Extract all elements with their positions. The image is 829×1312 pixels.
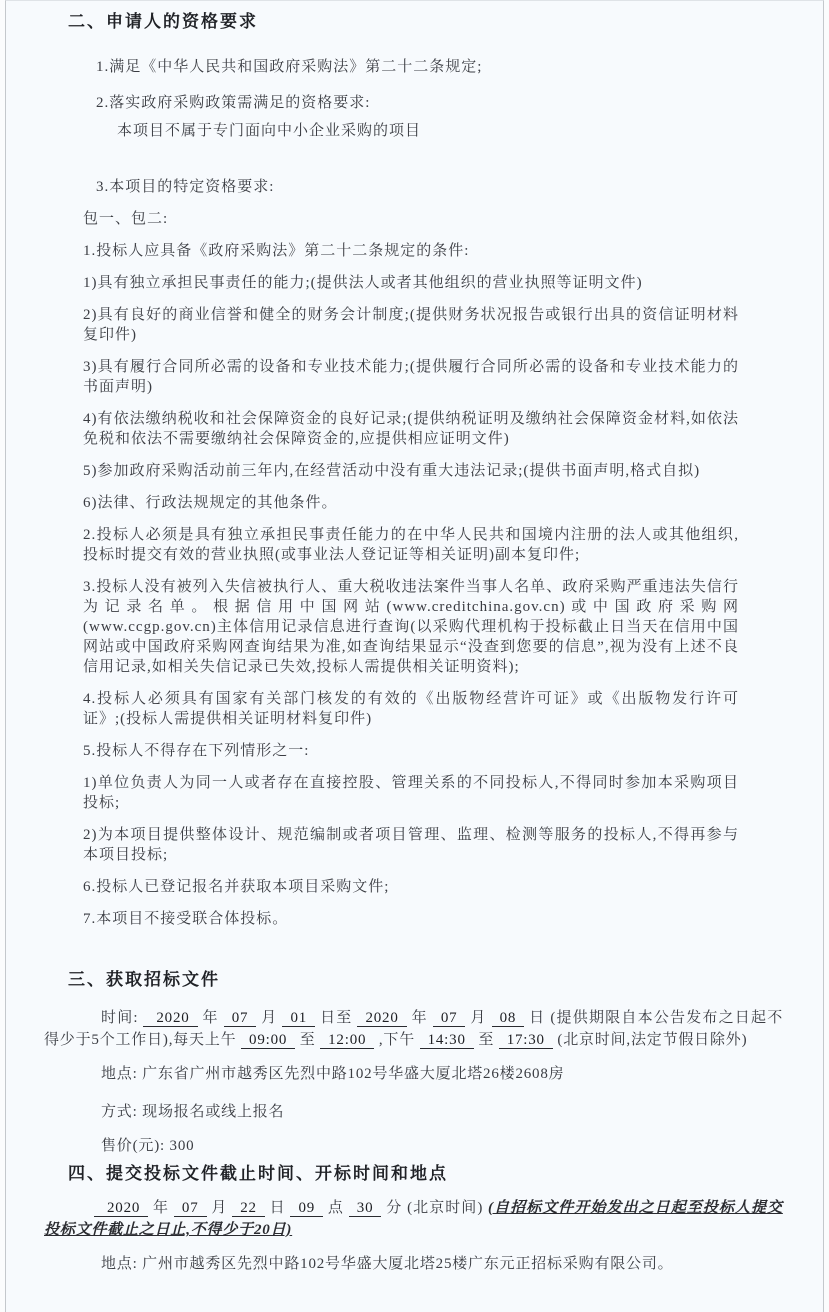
s2-require-7: 7.本项目不接受联合体投标。 <box>83 909 739 929</box>
s2-condition-6: 6)法律、行政法规规定的其他条件。 <box>83 493 739 513</box>
opening-location-line: 地点: 广州市越秀区先烈中路102号华盛大厦北塔25楼广东元正招标采购有限公司。 <box>44 1253 783 1275</box>
s2-item-2: 2.落实政府采购政策需满足的资格要求: <box>83 93 739 113</box>
timezone-note: (北京时间,法定节假日除外) <box>557 1032 747 1048</box>
deadline-day-value: 22 <box>232 1200 265 1217</box>
price-label: 售价(元): <box>101 1138 165 1154</box>
end-month-value: 07 <box>433 1010 466 1027</box>
to-unit: 日至 <box>320 1010 352 1026</box>
time-label: 时间: <box>101 1010 138 1026</box>
section-2-heading: 二、申请人的资格要求 <box>68 11 783 33</box>
bid-deadline-line: 2020 年 07 月 22 日 09 点 30 分 (北京时间) (自招标文件… <box>44 1197 783 1241</box>
price-line: 售价(元): 300 <box>44 1135 783 1157</box>
method-label: 方式: <box>101 1104 138 1120</box>
year-unit: 年 <box>203 1010 219 1026</box>
section-4-heading: 四、提交投标文件截止时间、开标时间和地点 <box>68 1163 783 1185</box>
method-value: 现场报名或线上报名 <box>142 1104 284 1120</box>
opening-location-label: 地点: <box>101 1256 138 1272</box>
pm-from-value: 14:30 <box>420 1032 474 1049</box>
s2-condition-intro: 1.投标人应具备《政府采购法》第二十二条规定的条件: <box>83 241 739 261</box>
s2-item-3: 3.本项目的特定资格要求: <box>83 177 739 197</box>
s2-packages-line: 包一、包二: <box>83 209 739 229</box>
deadline-timezone: (北京时间) <box>407 1200 483 1216</box>
deadline-day-unit: 日 <box>270 1200 286 1216</box>
s2-require-3: 3.投标人没有被列入失信被执行人、重大税收违法案件当事人名单、政府采购严重违法失… <box>83 577 739 677</box>
s2-item-2-note: 本项目不属于专门面向中小企业采购的项目 <box>83 121 739 141</box>
to-text-2: 至 <box>478 1032 494 1048</box>
start-day-value: 01 <box>282 1010 315 1027</box>
month-unit-2: 月 <box>470 1010 486 1026</box>
s2-condition-4: 4)有依法缴纳税收和社会保障资金的良好记录;(提供纳税证明及缴纳社会保障资金材料… <box>83 409 739 449</box>
location-label: 地点: <box>101 1066 138 1082</box>
year-unit-2: 年 <box>412 1010 428 1026</box>
s2-condition-3: 3)具有履行合同所必需的设备和专业技术能力;(提供履行合同所必需的设备和专业技术… <box>83 357 739 397</box>
s2-condition-2: 2)具有良好的商业信誉和健全的财务会计制度;(提供财务状况报告或银行出具的资信证… <box>83 305 739 345</box>
section-4-body: 2020 年 07 月 22 日 09 点 30 分 (北京时间) (自招标文件… <box>44 1197 783 1275</box>
section-2-body: 1.满足《中华人民共和国政府采购法》第二十二条规定; 2.落实政府采购政策需满足… <box>83 57 739 929</box>
deadline-minute-unit: 分 <box>386 1200 402 1216</box>
registration-method-line: 方式: 现场报名或线上报名 <box>44 1101 783 1123</box>
s2-item-1: 1.满足《中华人民共和国政府采购法》第二十二条规定; <box>83 57 739 77</box>
document-time-line: 时间: 2020 年 07 月 01 日至 2020 年 07 月 08 日 (… <box>44 1007 783 1051</box>
start-month-value: 07 <box>224 1010 257 1027</box>
deadline-hour-unit: 点 <box>328 1200 344 1216</box>
start-year-value: 2020 <box>143 1010 197 1027</box>
opening-location-value: 广州市越秀区先烈中路102号华盛大厦北塔25楼广东元正招标采购有限公司。 <box>142 1256 673 1272</box>
month-unit: 月 <box>261 1010 277 1026</box>
s2-require-5: 5.投标人不得存在下列情形之一: <box>83 741 739 761</box>
deadline-minute-value: 30 <box>349 1200 382 1217</box>
price-value: 300 <box>170 1138 195 1154</box>
deadline-month-unit: 月 <box>211 1200 227 1216</box>
to-text-1: 至 <box>300 1032 316 1048</box>
section-3-body: 时间: 2020 年 07 月 01 日至 2020 年 07 月 08 日 (… <box>44 1007 783 1157</box>
s2-condition-1: 1)具有独立承担民事责任的能力;(提供法人或者其他组织的营业执照等证明文件) <box>83 273 739 293</box>
deadline-year-unit: 年 <box>153 1200 169 1216</box>
s2-condition-5: 5)参加政府采购活动前三年内,在经营活动中没有重大违法记录;(提供书面声明,格式… <box>83 461 739 481</box>
document-page: 二、申请人的资格要求 1.满足《中华人民共和国政府采购法》第二十二条规定; 2.… <box>5 0 824 1312</box>
s2-forbid-2: 2)为本项目提供整体设计、规范编制或者项目管理、监理、检测等服务的投标人,不得再… <box>83 825 739 865</box>
s2-forbid-1: 1)单位负责人为同一人或者存在直接控股、管理关系的不同投标人,不得同时参加本采购… <box>83 773 739 813</box>
s2-require-6: 6.投标人已登记报名并获取本项目采购文件; <box>83 877 739 897</box>
end-day-value: 08 <box>492 1010 525 1027</box>
s2-require-2: 2.投标人必须是具有独立承担民事责任能力的在中华人民共和国境内注册的法人或其他组… <box>83 525 739 565</box>
day-unit: 日 <box>529 1010 545 1026</box>
location-value: 广东省广州市越秀区先烈中路102号华盛大厦北塔26楼2608房 <box>142 1066 564 1082</box>
am-to-value: 12:00 <box>320 1032 374 1049</box>
end-year-value: 2020 <box>357 1010 406 1027</box>
afternoon-text: ,下午 <box>379 1032 415 1048</box>
deadline-month-value: 07 <box>174 1200 207 1217</box>
am-from-value: 09:00 <box>241 1032 295 1049</box>
section-3-heading: 三、获取招标文件 <box>68 969 783 991</box>
deadline-hour-value: 09 <box>290 1200 323 1217</box>
s2-require-4: 4.投标人必须具有国家有关部门核发的有效的《出版物经营许可证》或《出版物发行许可… <box>83 689 739 729</box>
document-location-line: 地点: 广东省广州市越秀区先烈中路102号华盛大厦北塔26楼2608房 <box>44 1063 783 1085</box>
deadline-year-value: 2020 <box>94 1200 148 1217</box>
pm-to-value: 17:30 <box>499 1032 553 1049</box>
